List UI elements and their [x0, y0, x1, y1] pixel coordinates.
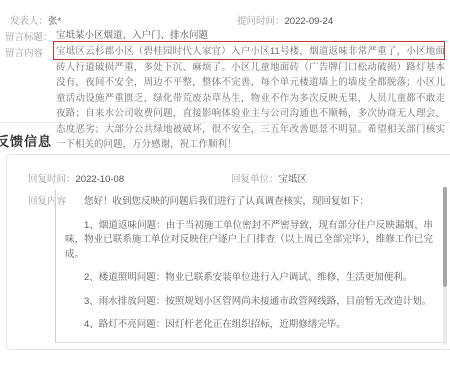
reply-time-value: 2022-10-08 [76, 174, 125, 185]
feedback-section-title: 反馈信息 [0, 131, 52, 150]
reply-time-label: 回复时间： [28, 174, 76, 185]
reply-scrollbar-track[interactable] [443, 186, 447, 345]
message-content-label: 留言内容 [5, 45, 43, 59]
reply-item-3: 3、雨水排放问题：按照规划小区管网尚未接通市政管网线路，目前暂无改造计划。 [65, 295, 433, 310]
reply-time-row: 回复时间：2022-10-08 [28, 169, 124, 187]
message-content-text: 宝坻区云杉郡小区（碧桂园时代人家宜）入户小区11号楼，烟道返味非常严重了，小区地… [56, 44, 445, 153]
message-title-row: 留言标题： [5, 27, 53, 45]
reply-unit-row: 回复单位：宝坻区 [231, 169, 307, 187]
question-time-value: 2022-09-24 [285, 16, 334, 27]
reply-item-1: 1、烟道返味问题：由于当初施工单位密封不严密导致，现有部分住户反映漏烟、串味，物… [65, 219, 433, 263]
reply-content-box[interactable]: 您好！收到您反映的问题后我们进行了认真调查核实，现回复如下： 1、烟道返味问题：… [55, 190, 445, 343]
reply-greeting: 您好！收到您反映的问题后我们进行了认真调查核实，现回复如下： [65, 195, 433, 210]
message-title-label: 留言标题： [5, 32, 53, 43]
reply-unit-value: 宝坻区 [279, 174, 308, 185]
message-title-value: 宝坻某小区烟道、入户门、排水问题 [56, 27, 208, 41]
reply-closing: 感谢您对我们工作的理解和支持！ [65, 342, 433, 344]
section-divider [0, 122, 450, 123]
poster-value: 张* [48, 16, 61, 27]
question-time-row: 提问时间：2022-09-24 [237, 11, 333, 29]
reply-unit-label: 回复单位： [231, 174, 279, 185]
question-time-label: 提问时间： [237, 16, 285, 27]
reply-item-2: 2、楼道照明问题：物业已联系安装单位进行入户调试、维修，生活更加便利。 [65, 271, 433, 286]
reply-item-4: 4、路灯不亮问题：因灯杆老化正在组织招标，近期修缮完毕。 [65, 318, 433, 333]
poster-label: 发表人： [10, 16, 48, 27]
reply-scrollbar-thumb[interactable] [443, 187, 447, 287]
